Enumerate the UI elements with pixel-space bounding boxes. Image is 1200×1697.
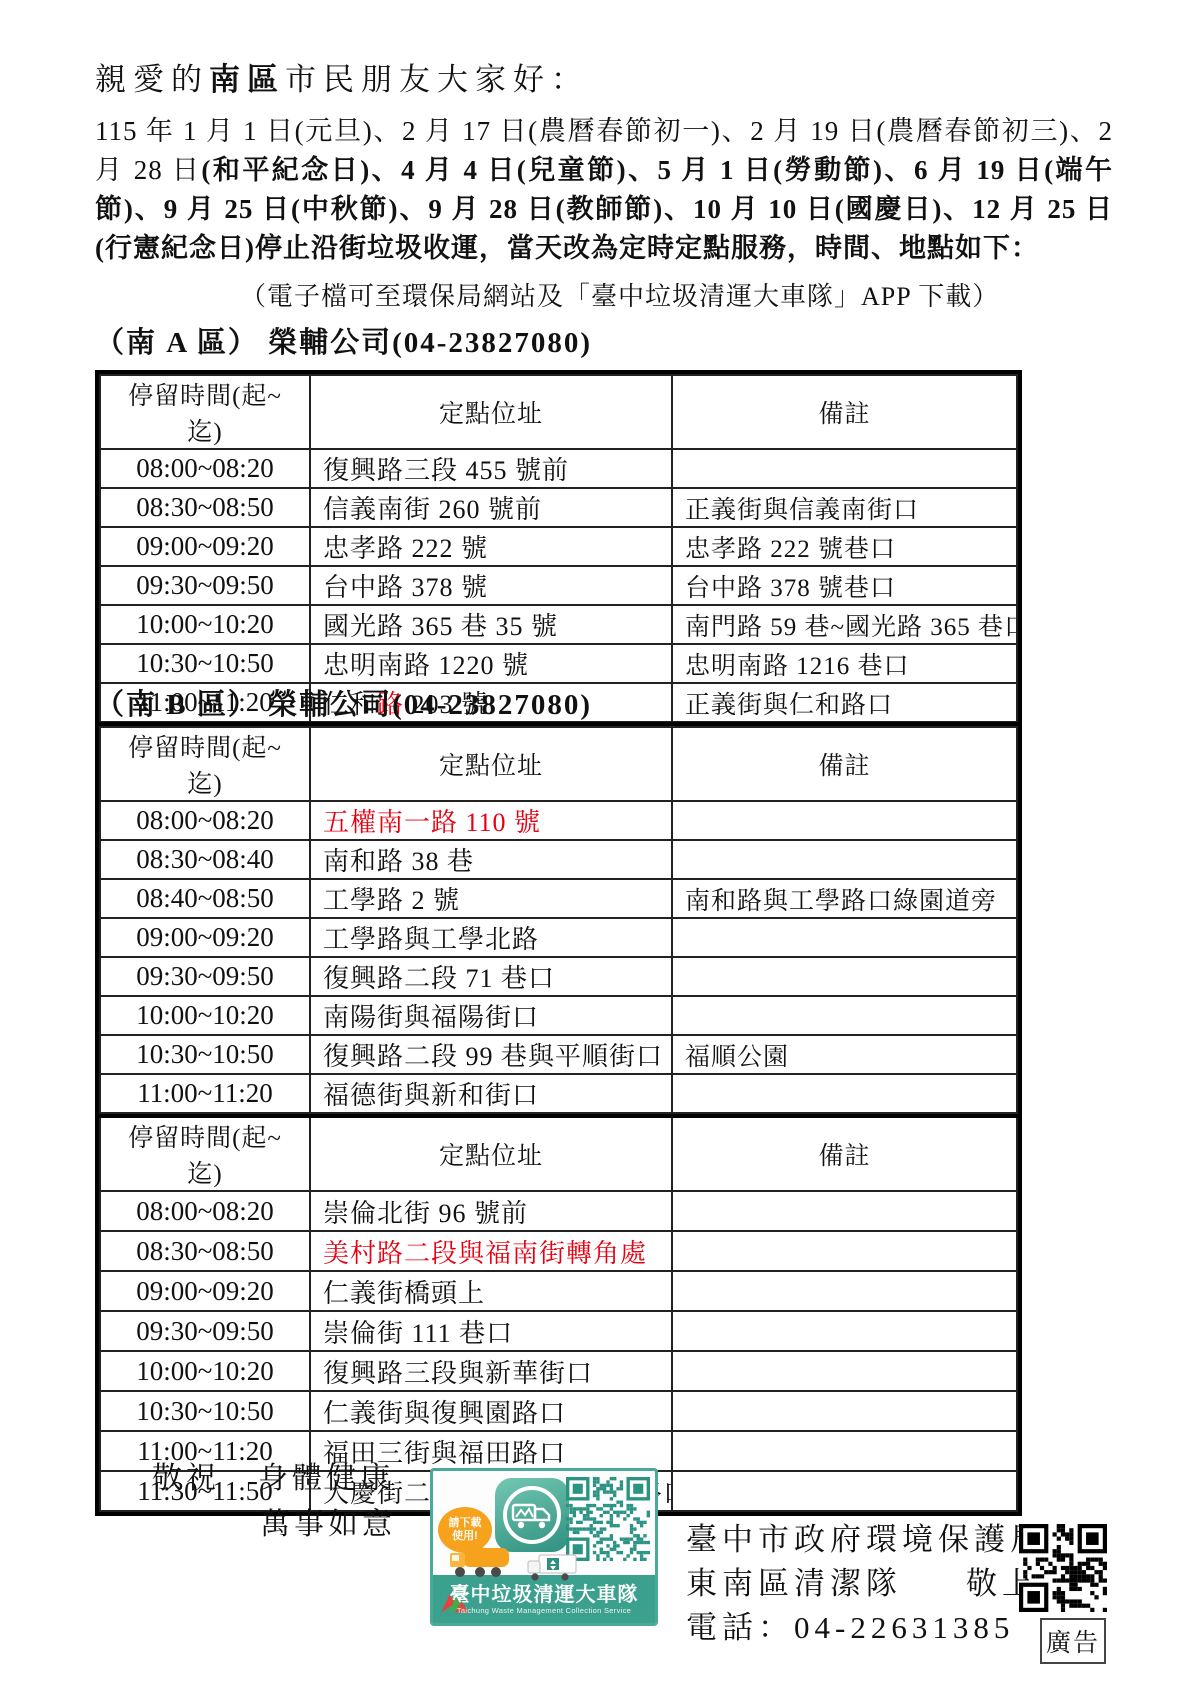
fleet-app-promo-card: 請下載 使用! (430, 1468, 658, 1626)
location-cell: 復興路三段與新華街口 (310, 1351, 672, 1391)
table-row: 09:30~09:50復興路二段 71 巷口 (100, 957, 1017, 996)
col-header-note: 備註 (672, 375, 1017, 449)
col-header-time: 停留時間(起~迄) (100, 375, 310, 449)
note-cell (672, 1074, 1017, 1113)
closing-wish-1: 身體健康 (258, 1462, 394, 1495)
note-cell (672, 801, 1017, 840)
location-cell: 忠明南路 1220 號 (310, 644, 672, 683)
truck-icon (511, 1500, 553, 1530)
stop-time-cell: 10:00~10:20 (100, 1351, 310, 1391)
location-text: 台中路 378 號 (323, 573, 488, 602)
stop-time-cell: 08:30~08:50 (100, 488, 310, 527)
location-text: 崇倫街 111 巷口 (323, 1319, 513, 1348)
stop-time-cell: 08:30~08:40 (100, 840, 310, 879)
stop-time-cell: 10:00~10:20 (100, 605, 310, 644)
location-text: 國光路 365 巷 35 號 (323, 612, 558, 641)
notice-page: 親愛的南區市民朋友大家好： 115 年 1 月 1 日(元旦)、2 月 17 日… (0, 0, 1200, 1697)
bubble-text-line1: 請下載 (449, 1517, 482, 1530)
note-cell (672, 840, 1017, 879)
bubble-text-line2: 使用! (452, 1530, 478, 1543)
location-cell: 忠孝路 222 號 (310, 527, 672, 566)
stop-time-cell: 08:40~08:50 (100, 879, 310, 918)
stop-time-cell: 09:00~09:20 (100, 918, 310, 957)
note-cell (672, 449, 1017, 488)
intro-bold-part: (和平紀念日)、4 月 4 日(兒童節)、5 月 1 日(勞動節)、6 月 19… (95, 155, 1113, 263)
location-cell: 美村路二段與福南街轉角處 (310, 1231, 672, 1271)
location-text: 仁義街與復興園路口 (323, 1399, 566, 1428)
note-cell: 忠孝路 222 號巷口 (672, 527, 1017, 566)
col-header-location: 定點位址 (310, 1116, 672, 1191)
table-row: 10:00~10:20復興路三段與新華街口 (100, 1351, 1017, 1391)
agency-qr-code (1016, 1524, 1110, 1612)
schedule-table-b-wrap: 停留時間(起~迄) 定點位址 備註 08:00~08:20五權南一路 110 號… (95, 722, 1022, 1516)
schedule-table-a-wrap: 停留時間(起~迄) 定點位址 備註 08:00~08:20復興路三段 455 號… (95, 370, 1022, 727)
location-text: 南陽街與福陽街口 (323, 1003, 539, 1032)
note-cell (672, 957, 1017, 996)
schedule-table-b2: 停留時間(起~迄) 定點位址 備註 08:00~08:20崇倫北街 96 號前0… (99, 1114, 1018, 1512)
stop-time-cell: 10:30~10:50 (100, 1035, 310, 1074)
location-text: 崇倫北街 96 號前 (323, 1199, 528, 1228)
note-cell (672, 1191, 1017, 1231)
stop-time-cell: 10:30~10:50 (100, 1391, 310, 1431)
garbage-truck-app-icon (495, 1478, 569, 1552)
holiday-intro-paragraph: 115 年 1 月 1 日(元旦)、2 月 17 日(農曆春節初一)、2 月 1… (95, 112, 1113, 268)
closing-wish-2: 萬事如意 (260, 1502, 396, 1548)
location-text: 仁義街橋頭上 (323, 1279, 485, 1308)
table-row: 09:30~09:50崇倫街 111 巷口 (100, 1311, 1017, 1351)
download-note: （電子檔可至環保局網站及「臺中垃圾清運大車隊」APP 下載） (95, 276, 1113, 313)
stop-time-cell: 09:00~09:20 (100, 1271, 310, 1311)
table-row: 09:00~09:20工學路與工學北路 (100, 918, 1017, 957)
note-cell (672, 1351, 1017, 1391)
table-row: 08:30~08:50美村路二段與福南街轉角處 (100, 1231, 1017, 1271)
table-row: 09:00~09:20仁義街橋頭上 (100, 1271, 1017, 1311)
ad-badge: 廣告 (1040, 1618, 1106, 1664)
stop-time-cell: 10:30~10:50 (100, 644, 310, 683)
location-text: 復興路三段與新華街口 (323, 1359, 593, 1388)
col-header-time: 停留時間(起~迄) (100, 1116, 310, 1191)
stop-time-cell: 09:30~09:50 (100, 957, 310, 996)
stop-time-cell: 09:30~09:50 (100, 566, 310, 605)
stop-time-cell: 09:00~09:20 (100, 527, 310, 566)
location-text: 復興路二段 71 巷口 (323, 964, 555, 993)
table-row: 10:30~10:50仁義街與復興園路口 (100, 1391, 1017, 1431)
location-cell: 福德街與新和街口 (310, 1074, 672, 1113)
note-cell (672, 996, 1017, 1035)
note-cell (672, 1231, 1017, 1271)
location-cell: 工學路與工學北路 (310, 918, 672, 957)
stop-time-cell: 11:00~11:20 (100, 1074, 310, 1113)
location-cell: 仁義街橋頭上 (310, 1271, 672, 1311)
location-cell: 南和路 38 巷 (310, 840, 672, 879)
note-cell: 正義街與仁和路口 (672, 683, 1017, 722)
note-cell: 正義街與信義南街口 (672, 488, 1017, 527)
stop-time-cell: 08:00~08:20 (100, 449, 310, 488)
stop-time-cell: 10:00~10:20 (100, 996, 310, 1035)
note-cell (672, 1391, 1017, 1431)
col-header-time: 停留時間(起~迄) (100, 727, 310, 801)
location-text: 南和路 38 巷 (323, 847, 474, 876)
greeting-suffix: 市民朋友大家好： (285, 62, 589, 97)
promo-card-top: 請下載 使用! (433, 1471, 655, 1581)
note-cell: 南和路與工學路口綠園道旁 (672, 879, 1017, 918)
table-row: 09:30~09:50台中路 378 號台中路 378 號巷口 (100, 566, 1017, 605)
stop-time-cell: 09:30~09:50 (100, 1311, 310, 1351)
stop-time-cell: 08:00~08:20 (100, 1191, 310, 1231)
fleet-banner-title: 臺中垃圾清運大車隊 (450, 1584, 639, 1606)
table-row: 09:00~09:20忠孝路 222 號忠孝路 222 號巷口 (100, 527, 1017, 566)
note-cell (672, 1431, 1017, 1471)
section-b-title: （南 B 區） 榮輔公司(04-23827080) (95, 682, 592, 723)
table-row: 10:00~10:20南陽街與福陽街口 (100, 996, 1017, 1035)
table-row: 10:30~10:50復興路二段 99 巷與平順街口福順公園 (100, 1035, 1017, 1074)
app-qr-code (566, 1477, 650, 1561)
location-cell: 台中路 378 號 (310, 566, 672, 605)
recycle-truck-icon (525, 1553, 579, 1581)
closing-salute: 敬祝 (152, 1462, 220, 1495)
location-text-red: 美村路二段與福南街轉角處 (323, 1239, 647, 1268)
table-row: 08:40~08:50工學路 2 號南和路與工學路口綠園道旁 (100, 879, 1017, 918)
location-cell: 仁義街與復興園路口 (310, 1391, 672, 1431)
table-header-row: 停留時間(起~迄) 定點位址 備註 (100, 1116, 1017, 1191)
location-text: 工學路 2 號 (323, 886, 460, 915)
location-text: 復興路二段 99 巷與平順街口 (323, 1042, 663, 1071)
note-cell: 南門路 59 巷~國光路 365 巷口 (672, 605, 1017, 644)
garbage-truck-icon (447, 1545, 513, 1579)
table-row: 08:00~08:20五權南一路 110 號 (100, 801, 1017, 840)
location-cell: 崇倫街 111 巷口 (310, 1311, 672, 1351)
location-text: 忠明南路 1220 號 (323, 651, 529, 680)
agency-phone: 電話：04-22631385 (686, 1606, 1046, 1650)
location-cell: 工學路 2 號 (310, 879, 672, 918)
stop-time-cell: 08:00~08:20 (100, 801, 310, 840)
table-row: 10:30~10:50忠明南路 1220 號忠明南路 1216 巷口 (100, 644, 1017, 683)
table-row: 08:00~08:20復興路三段 455 號前 (100, 449, 1017, 488)
location-cell: 五權南一路 110 號 (310, 801, 672, 840)
col-header-location: 定點位址 (310, 375, 672, 449)
greeting-line: 親愛的南區市民朋友大家好： (95, 54, 589, 99)
note-cell: 台中路 378 號巷口 (672, 566, 1017, 605)
note-cell (672, 918, 1017, 957)
col-header-note: 備註 (672, 1116, 1017, 1191)
table-row: 08:30~08:50信義南街 260 號前正義街與信義南街口 (100, 488, 1017, 527)
location-cell: 信義南街 260 號前 (310, 488, 672, 527)
location-text: 工學路與工學北路 (323, 925, 539, 954)
col-header-location: 定點位址 (310, 727, 672, 801)
location-cell: 國光路 365 巷 35 號 (310, 605, 672, 644)
location-text-red: 五權南一路 110 號 (323, 808, 541, 837)
greeting-district: 南區 (209, 62, 285, 97)
table-header-row: 停留時間(起~迄) 定點位址 備註 (100, 727, 1017, 801)
fleet-banner: 臺中垃圾清運大車隊 Taichung Waste Management Coll… (433, 1575, 655, 1623)
note-cell: 福順公園 (672, 1035, 1017, 1074)
location-cell: 崇倫北街 96 號前 (310, 1191, 672, 1231)
location-cell: 復興路二段 99 巷與平順街口 (310, 1035, 672, 1074)
ad-badge-label: 廣告 (1046, 1623, 1100, 1659)
agency-signature-block: 臺中市政府環境保護局 東南區清潔隊 敬上 電話：04-22631385 (686, 1518, 1046, 1650)
table-row: 08:00~08:20崇倫北街 96 號前 (100, 1191, 1017, 1231)
location-text: 信義南街 260 號前 (323, 495, 542, 524)
table-row: 08:30~08:40南和路 38 巷 (100, 840, 1017, 879)
table-header-row: 停留時間(起~迄) 定點位址 備註 (100, 375, 1017, 449)
app-icon-ring (503, 1486, 561, 1544)
location-cell: 南陽街與福陽街口 (310, 996, 672, 1035)
location-cell: 復興路三段 455 號前 (310, 449, 672, 488)
note-cell (672, 1311, 1017, 1351)
col-header-note: 備註 (672, 727, 1017, 801)
note-cell (672, 1271, 1017, 1311)
section-a-title: （南 A 區） 榮輔公司(04-23827080) (95, 320, 592, 361)
fleet-banner-subtitle: Taichung Waste Management Collection Ser… (457, 1606, 631, 1615)
stop-time-cell: 08:30~08:50 (100, 1231, 310, 1271)
location-cell: 復興路二段 71 巷口 (310, 957, 672, 996)
agency-name: 臺中市政府環境保護局 (686, 1518, 1046, 1562)
location-text: 忠孝路 222 號 (323, 534, 488, 563)
table-row: 11:00~11:20福德街與新和街口 (100, 1074, 1017, 1113)
location-text: 復興路三段 455 號前 (323, 456, 569, 485)
table-row: 10:00~10:20國光路 365 巷 35 號南門路 59 巷~國光路 36… (100, 605, 1017, 644)
location-text: 福德街與新和街口 (323, 1081, 539, 1110)
greeting-prefix: 親愛的 (95, 62, 209, 97)
agency-team: 東南區清潔隊 (686, 1562, 902, 1606)
schedule-table-a: 停留時間(起~迄) 定點位址 備註 08:00~08:20復興路三段 455 號… (99, 374, 1018, 723)
schedule-table-b1: 停留時間(起~迄) 定點位址 備註 08:00~08:20五權南一路 110 號… (99, 726, 1018, 1114)
note-cell: 忠明南路 1216 巷口 (672, 644, 1017, 683)
closing-wishes: 敬祝身體健康 萬事如意 (152, 1456, 396, 1548)
note-cell (672, 1471, 1017, 1511)
